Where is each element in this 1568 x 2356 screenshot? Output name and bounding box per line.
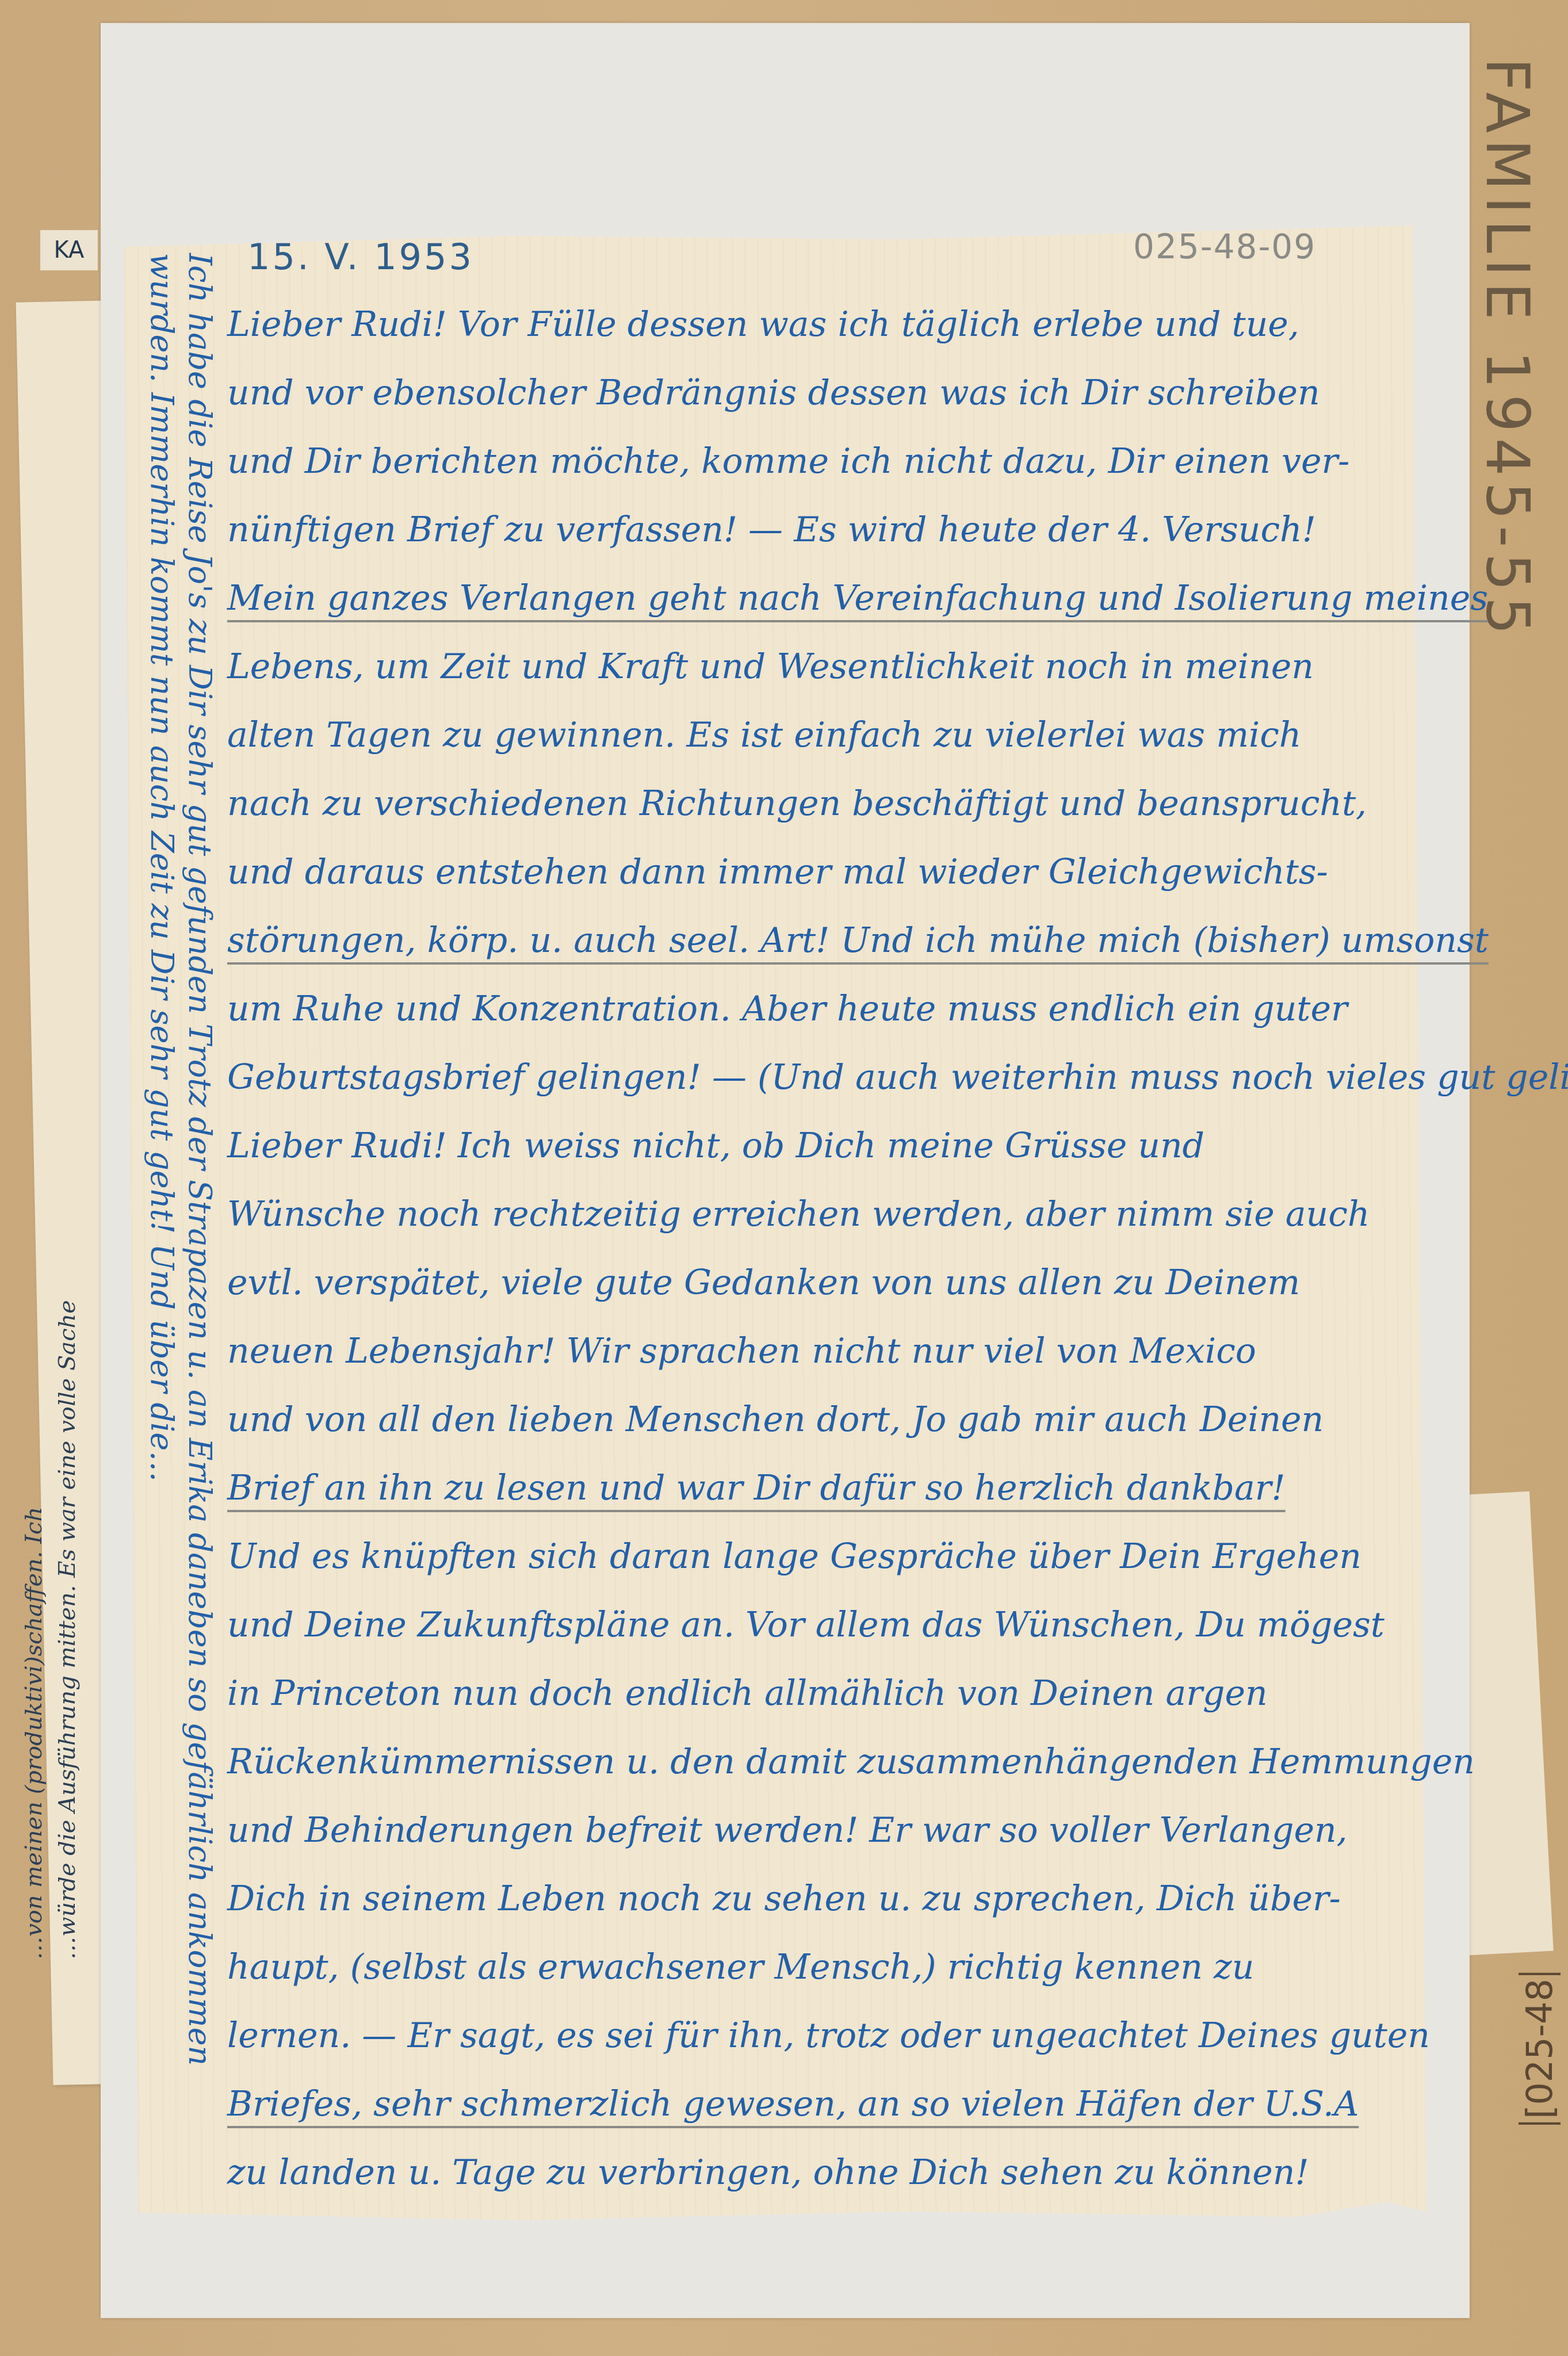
letter-line: und Behinderungen befreit werden! Er war… — [227, 1796, 1418, 1865]
letter-line: um Ruhe und Konzentration. Aber heute mu… — [227, 975, 1418, 1043]
letter-line: Dich in seinem Leben noch zu sehen u. zu… — [227, 1865, 1418, 1933]
letter-line: zu landen u. Tage zu verbringen, ohne Di… — [227, 2139, 1418, 2207]
letter-line: störungen, körp. u. auch seel. Art! Und … — [227, 907, 1418, 975]
letter-line: nünftigen Brief zu verfassen! — Es wird … — [227, 496, 1418, 564]
back-sheet-line: …würde die Ausführung mitten. Es war ein… — [51, 1300, 84, 1960]
back-sheet-text: …von meinen (produktivi)schaffen. Ich …w… — [17, 1300, 84, 1960]
letter-line: und von all den lieben Menschen dort, Jo… — [227, 1386, 1418, 1454]
letter-line: Brief an ihn zu lesen und war Dir dafür … — [227, 1454, 1418, 1523]
letter-line: Lieber Rudi! Ich weiss nicht, ob Dich me… — [227, 1112, 1418, 1180]
letter-line: alten Tagen zu gewinnen. Es ist einfach … — [227, 701, 1418, 770]
folder-number: [025-48 — [1519, 1973, 1561, 2125]
letter-line: und Dir berichten möchte, komme ich nich… — [227, 427, 1418, 496]
letter-line: Briefes, sehr schmerzlich gewesen, an so… — [227, 2070, 1418, 2139]
letter-body: Lieber Rudi! Vor Fülle dessen was ich tä… — [227, 290, 1418, 2207]
letter-line: Lebens, um Zeit und Kraft und Wesentlich… — [227, 633, 1418, 701]
letter-line: evtl. verspätet, viele gute Gedanken von… — [227, 1249, 1418, 1317]
back-sheet-line: …von meinen (produktivi)schaffen. Ich — [17, 1300, 51, 1960]
folder-label: FAMILIE 1945-55 — [1473, 58, 1543, 641]
letter-line: und Deine Zukunftspläne an. Vor allem da… — [227, 1591, 1418, 1659]
letter-line: lernen. — Er sagt, es sei für ihn, trotz… — [227, 2002, 1418, 2070]
letter-line: Geburtstagsbrief gelingen! — (Und auch w… — [227, 1043, 1418, 1112]
letter-line: haupt, (selbst als erwachsener Mensch,) … — [227, 1933, 1418, 2002]
margin-note: Ich habe die Reise Jo's zu Dir sehr gut … — [143, 253, 219, 2082]
letter-line: und daraus entstehen dann immer mal wied… — [227, 838, 1418, 907]
letter-line: in Princeton nun doch endlich allmählich… — [227, 1659, 1418, 1728]
letter-line: Lieber Rudi! Vor Fülle dessen was ich tä… — [227, 290, 1418, 359]
tab-label: KA — [40, 230, 98, 270]
archive-id: 025-48-09 — [1133, 227, 1316, 266]
letter-line: Mein ganzes Verlangen geht nach Vereinfa… — [227, 564, 1418, 633]
letter-date: 15. V. 1953 — [247, 236, 474, 278]
letter-line: neuen Lebensjahr! Wir sprachen nicht nur… — [227, 1317, 1418, 1386]
letter-line: Wünsche noch rechtzeitig erreichen werde… — [227, 1180, 1418, 1249]
letter-line: Rückenkümmernissen u. den damit zusammen… — [227, 1728, 1418, 1796]
letter-line: Und es knüpften sich daran lange Gespräc… — [227, 1523, 1418, 1591]
letter-line: und vor ebensolcher Bedrängnis dessen wa… — [227, 359, 1418, 427]
letter-line: nach zu verschiedenen Richtungen beschäf… — [227, 770, 1418, 838]
